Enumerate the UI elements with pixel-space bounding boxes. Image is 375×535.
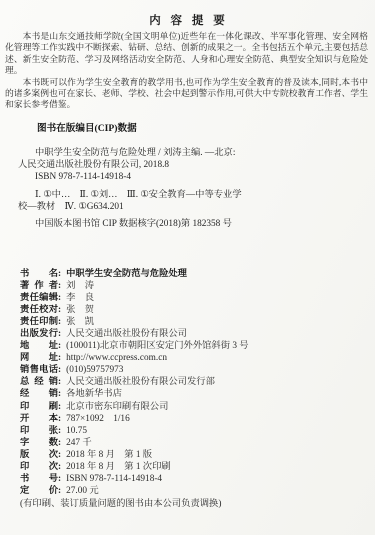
colophon-colon: :: [58, 269, 61, 279]
colophon-value: 北京市密东印刷有限公司: [66, 402, 168, 412]
colophon-label: 著作者: [20, 280, 58, 292]
colophon-value: 张 凯: [66, 317, 94, 327]
colophon-label: 地址: [20, 340, 58, 352]
colophon-label: 字数: [20, 437, 58, 449]
colophon-label: 书号: [20, 473, 58, 485]
colophon-value: 人民交通出版社股份有限公司: [66, 329, 187, 339]
colophon-row: 印刷:北京市密东印刷有限公司: [20, 401, 367, 413]
colophon-row: 印次:2018 年 8 月 第 1 次印刷: [20, 461, 367, 473]
colophon-colon: :: [58, 450, 61, 460]
colophon-colon: :: [58, 402, 61, 412]
colophon-colon: :: [58, 293, 61, 303]
colophon-label: 印张: [20, 425, 58, 437]
colophon-colon: :: [58, 414, 61, 424]
colophon-row: 著作者:刘 涛: [20, 280, 367, 292]
colophon-label: 经销: [20, 388, 58, 400]
cip-header: 图书在版编目(CIP)数据: [37, 120, 355, 134]
colophon-colon: :: [58, 365, 61, 375]
colophon-colon: :: [58, 462, 61, 472]
colophon-value: 中职学生安全防范与危险处理: [66, 269, 187, 279]
cip-classification-line-2: 校—教材 Ⅳ. ①G634.201: [18, 201, 355, 213]
colophon-row: 销售电话:(010)59757973: [20, 364, 367, 376]
colophon-value: http://www.ccpress.com.cn: [66, 353, 167, 363]
colophon-label: 定价: [20, 485, 58, 497]
colophon-row: 责任编辑:李 良: [20, 292, 367, 304]
colophon-label: 版次: [20, 449, 58, 461]
colophon-row: 地址:(100011)北京市朝阳区安定门外外馆斜街 3 号: [20, 340, 367, 352]
cip-title-line: 中职学生安全防范与危险处理 / 刘涛主编. —北京:: [18, 147, 355, 159]
colophon-row: 版次:2018 年 8 月 第 1 版: [20, 449, 367, 461]
exchange-note: (有印刷、装订质量问题的图书由本公司负责调换): [20, 498, 367, 510]
colophon-label: 书名: [20, 268, 58, 280]
colophon-colon: :: [58, 329, 61, 339]
colophon-label: 责任校对: [20, 304, 58, 316]
colophon-row: 责任印制:张 凯: [20, 316, 367, 328]
colophon-colon: :: [58, 317, 61, 327]
colophon-row: 网址:http://www.ccpress.com.cn: [20, 352, 367, 364]
colophon-label: 责任编辑: [20, 292, 58, 304]
colophon-value: (100011)北京市朝阳区安定门外外馆斜街 3 号: [66, 341, 249, 351]
cip-isbn-line: ISBN 978-7-114-14918-4: [18, 171, 355, 183]
colophon-value: 2018 年 8 月 第 1 次印刷: [66, 462, 171, 472]
colophon-value: 247 千: [66, 438, 92, 448]
colophon-label: 责任印制: [20, 316, 58, 328]
colophon-value: 张 贺: [66, 305, 94, 315]
colophon-value: 787×1092 1/16: [66, 414, 130, 424]
colophon-value: ISBN 978-7-114-14918-4: [66, 474, 162, 484]
colophon-row: 出版发行:人民交通出版社股份有限公司: [20, 328, 367, 340]
colophon-row: 书号:ISBN 978-7-114-14918-4: [20, 473, 367, 485]
colophon-label: 印刷: [20, 401, 58, 413]
cip-classification-line-1: Ⅰ. ①中… Ⅱ. ①刘… Ⅲ. ①安全教育—中等专业学: [18, 189, 355, 201]
colophon-row: 印张:10.75: [20, 425, 367, 437]
colophon-value: 刘 涛: [66, 281, 94, 291]
colophon-row: 开本:787×1092 1/16: [20, 413, 367, 425]
colophon-label: 销售电话: [20, 364, 58, 376]
colophon-value: 10.75: [66, 426, 87, 436]
colophon-value: 各地新华书店: [66, 389, 122, 399]
colophon-colon: :: [58, 341, 61, 351]
colophon-row: 书名:中职学生安全防范与危险处理: [20, 268, 367, 280]
content-summary-block: 本书是山东交通技师学院(全国文明单位)近些年在一体化课改、半军事化管理、安全网格…: [5, 31, 368, 111]
summary-paragraph-2: 本书既可以作为学生安全教育的教学用书,也可作为学生安全教育的普及读本,同时,本书…: [5, 77, 368, 111]
colophon-rows: 书名:中职学生安全防范与危险处理著作者:刘 涛责任编辑:李 良责任校对:张 贺责…: [20, 268, 367, 497]
colophon-value: 27.00 元: [66, 486, 99, 496]
colophon-colon: :: [58, 377, 61, 387]
colophon-value: (010)59757973: [66, 365, 123, 375]
colophon-colon: :: [58, 426, 61, 436]
colophon-value: 李 良: [66, 293, 94, 303]
colophon-label: 出版发行: [20, 328, 58, 340]
colophon-row: 经销:各地新华书店: [20, 388, 367, 400]
colophon-block: 书名:中职学生安全防范与危险处理著作者:刘 涛责任编辑:李 良责任校对:张 贺责…: [20, 268, 367, 510]
colophon-colon: :: [58, 389, 61, 399]
content-summary-title: 内 容 提 要: [0, 12, 375, 28]
colophon-row: 责任校对:张 贺: [20, 304, 367, 316]
colophon-label: 总经销: [20, 376, 58, 388]
colophon-label: 印次: [20, 461, 58, 473]
colophon-colon: :: [58, 353, 61, 363]
colophon-label: 开本: [20, 413, 58, 425]
colophon-value: 2018 年 8 月 第 1 版: [66, 450, 152, 460]
colophon-row: 总经销:人民交通出版社股份有限公司发行部: [20, 376, 367, 388]
colophon-value: 人民交通出版社股份有限公司发行部: [66, 377, 215, 387]
colophon-colon: :: [58, 281, 61, 291]
cip-record-number-line: 中国版本图书馆 CIP 数据核字(2018)第 182358 号: [18, 218, 355, 230]
colophon-colon: :: [58, 474, 61, 484]
summary-paragraph-1: 本书是山东交通技师学院(全国文明单位)近些年在一体化课改、半军事化管理、安全网格…: [5, 31, 368, 77]
colophon-row: 字数:247 千: [20, 437, 367, 449]
colophon-row: 定价:27.00 元: [20, 485, 367, 497]
colophon-label: 网址: [20, 352, 58, 364]
cip-publisher-line: 人民交通出版社股份有限公司, 2018.8: [18, 159, 355, 171]
colophon-colon: :: [58, 438, 61, 448]
book-copyright-page: 内 容 提 要 本书是山东交通技师学院(全国文明单位)近些年在一体化课改、半军事…: [0, 0, 375, 535]
colophon-colon: :: [58, 486, 61, 496]
cip-block: 图书在版编目(CIP)数据 中职学生安全防范与危险处理 / 刘涛主编. —北京:…: [18, 120, 355, 230]
colophon-colon: :: [58, 305, 61, 315]
